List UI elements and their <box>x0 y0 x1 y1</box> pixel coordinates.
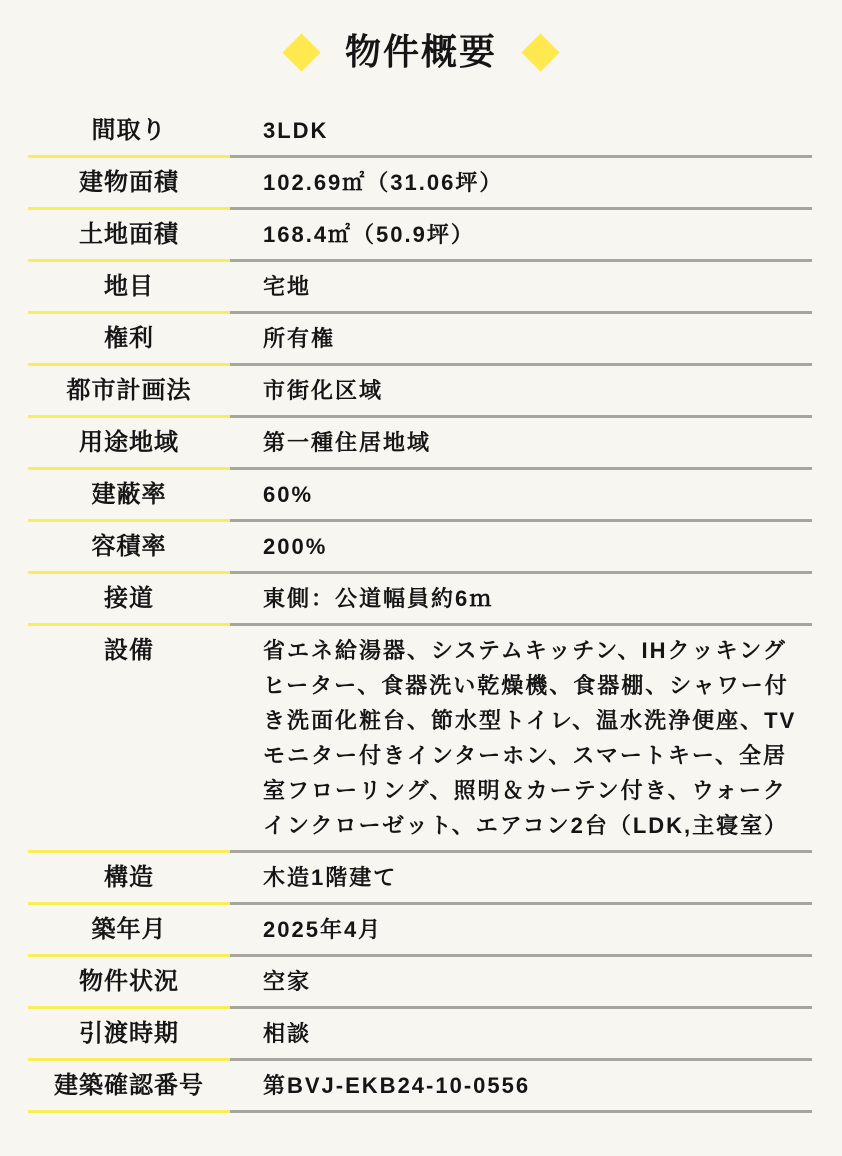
row-value: 200% <box>230 522 812 574</box>
diamond-icon-left <box>282 33 320 71</box>
row-label: 地目 <box>28 262 230 314</box>
row-value: 60% <box>230 470 812 522</box>
table-row: 引渡時期 相談 <box>28 1009 812 1061</box>
row-label: 権利 <box>28 314 230 366</box>
row-value: 相談 <box>230 1009 812 1061</box>
table-row: 接道 東側：公道幅員約6ｍ <box>28 574 812 626</box>
table-row: 容積率 200% <box>28 522 812 574</box>
diamond-icon-right <box>521 33 559 71</box>
table-row: 建蔽率 60% <box>28 470 812 522</box>
property-overview-page: 物件概要 間取り 3LDK 建物面積 102.69㎡（31.06坪） 土地面積 … <box>0 0 842 1156</box>
row-value: 所有権 <box>230 314 812 366</box>
row-label: 間取り <box>28 106 230 158</box>
row-label: 引渡時期 <box>28 1009 230 1061</box>
row-value: 空家 <box>230 957 812 1009</box>
row-label: 築年月 <box>28 905 230 957</box>
row-value: 168.4㎡（50.9坪） <box>230 210 812 262</box>
table-row: 設備 省エネ給湯器、システムキッチン、IHクッキングヒーター、食器洗い乾燥機、食… <box>28 626 812 853</box>
row-value: 省エネ給湯器、システムキッチン、IHクッキングヒーター、食器洗い乾燥機、食器棚、… <box>230 626 812 853</box>
row-value: 2025年4月 <box>230 905 812 957</box>
row-value: 102.69㎡（31.06坪） <box>230 158 812 210</box>
row-label: 土地面積 <box>28 210 230 262</box>
table-row: 築年月 2025年4月 <box>28 905 812 957</box>
table-row: 土地面積 168.4㎡（50.9坪） <box>28 210 812 262</box>
row-label: 都市計画法 <box>28 366 230 418</box>
row-value: 市街化区域 <box>230 366 812 418</box>
table-row: 地目 宅地 <box>28 262 812 314</box>
row-label: 用途地域 <box>28 418 230 470</box>
row-value: 第BVJ-EKB24-10-0556 <box>230 1061 812 1113</box>
row-value: 宅地 <box>230 262 812 314</box>
row-value: 東側：公道幅員約6ｍ <box>230 574 812 626</box>
row-value: 第一種住居地域 <box>230 418 812 470</box>
row-label: 設備 <box>28 626 230 853</box>
page-title: 物件概要 <box>345 34 497 70</box>
table-row: 権利 所有権 <box>28 314 812 366</box>
table-row: 間取り 3LDK <box>28 106 812 158</box>
row-label: 構造 <box>28 853 230 905</box>
row-label: 物件状況 <box>28 957 230 1009</box>
row-label: 接道 <box>28 574 230 626</box>
table-row: 物件状況 空家 <box>28 957 812 1009</box>
table-row: 都市計画法 市街化区域 <box>28 366 812 418</box>
table-row: 建物面積 102.69㎡（31.06坪） <box>28 158 812 210</box>
row-value: 3LDK <box>230 106 812 158</box>
table-row: 建築確認番号 第BVJ-EKB24-10-0556 <box>28 1061 812 1113</box>
table-row: 用途地域 第一種住居地域 <box>28 418 812 470</box>
row-label: 建築確認番号 <box>28 1061 230 1113</box>
row-label: 建蔽率 <box>28 470 230 522</box>
property-summary-table: 間取り 3LDK 建物面積 102.69㎡（31.06坪） 土地面積 168.4… <box>28 106 812 1113</box>
row-label: 容積率 <box>28 522 230 574</box>
row-value: 木造1階建て <box>230 853 812 905</box>
table-row: 構造 木造1階建て <box>28 853 812 905</box>
page-header: 物件概要 <box>0 0 842 78</box>
row-label: 建物面積 <box>28 158 230 210</box>
